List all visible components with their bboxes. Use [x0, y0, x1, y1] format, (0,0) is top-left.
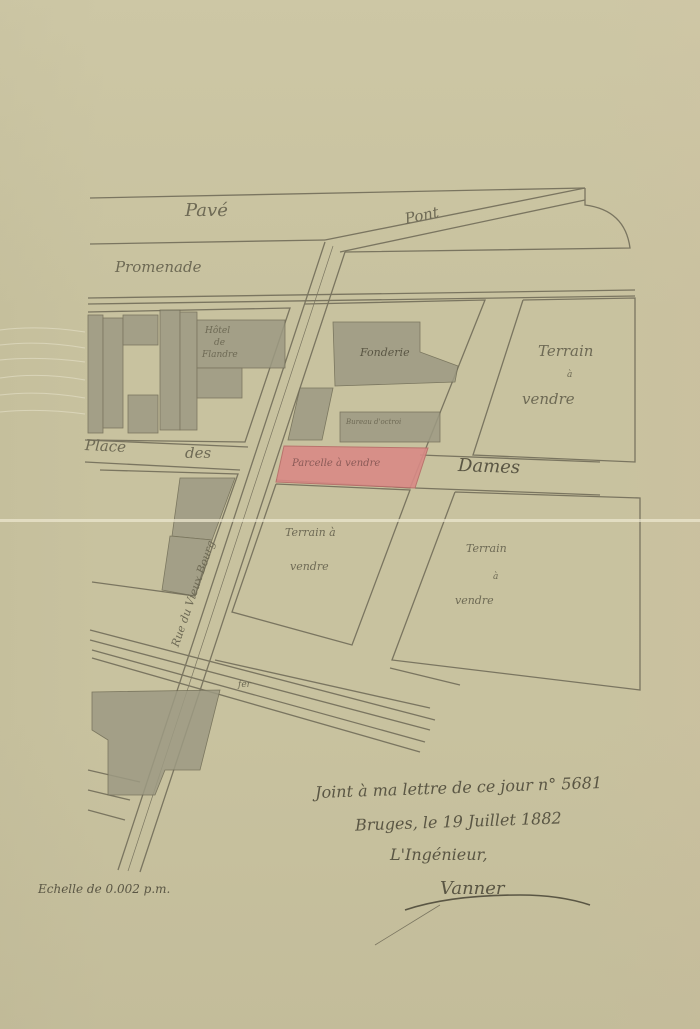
scale-note: Echelle de 0.002 p.m. [38, 882, 170, 896]
label-terrain-3-l3: vendre [455, 594, 494, 607]
label-terrain-2-l1: Terrain à [285, 526, 336, 539]
label-terrain-3-l1: Terrain [466, 542, 507, 555]
label-flandre: Flandre [202, 350, 238, 360]
label-fonderie: Fonderie [360, 346, 410, 359]
quay-top-edge [90, 188, 585, 198]
label-dames: Dames [458, 455, 521, 478]
label-pave: Pavé [185, 200, 228, 221]
map-sheet: Pavé Pont Promenade Place des Dames Hôte… [0, 0, 700, 1029]
label-promenade: Promenade [115, 258, 201, 276]
annotation-line3: L'Ingénieur, [390, 845, 488, 864]
label-hotel: Hôtel [205, 326, 230, 336]
label-highlighted-parcel: Parcelle à vendre [292, 458, 380, 469]
label-rail: fer [238, 680, 251, 690]
label-terrain-1-l3: vendre [522, 390, 575, 408]
label-des: des [185, 444, 211, 462]
signature: Vanner [440, 878, 505, 899]
label-small-building: Bureau d'octroi [346, 418, 401, 426]
label-place: Place [85, 436, 127, 456]
label-terrain-3-l2: à [493, 572, 498, 582]
building-small-office [340, 412, 440, 442]
label-terrain-1-l2: à [567, 370, 572, 380]
label-terrain-1-l1: Terrain [538, 342, 593, 360]
paper-fold [0, 519, 700, 522]
label-terrain-2-l2: vendre [290, 560, 329, 573]
site-plan-drawing [0, 0, 700, 1029]
label-hotel-de: de [214, 338, 225, 348]
building-left-1 [88, 315, 103, 433]
